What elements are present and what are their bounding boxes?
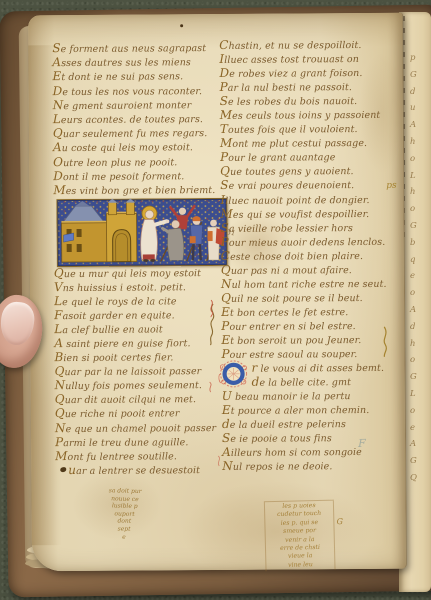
note-line: e	[101, 533, 147, 542]
miniature-scene	[56, 198, 227, 267]
text-line: Ne que un chamel pouoit passer	[55, 420, 216, 435]
text-line: Nul repos ie ne deoie.	[222, 458, 388, 473]
text-column-right: Chastin, et nu se despoilloit.Illuec ass…	[219, 37, 388, 474]
text-line: uar a lentrer se desuestoit	[55, 462, 216, 477]
edge-letter: h	[410, 184, 428, 201]
edge-letter: G	[410, 218, 428, 235]
edge-letter: G	[410, 453, 428, 470]
text-column-left-upper: Se forment aus neus sagrapastAsses dautr…	[52, 40, 215, 197]
text-line: Mes qui se voufist despoillier.	[220, 205, 386, 220]
text-line: Le quel le roys de la cite	[54, 293, 215, 308]
text-line: Parmi le treu dune aguille.	[55, 434, 216, 449]
text-line: de la dueil estre pelerins	[222, 416, 388, 431]
text-line: Fasoit garder en equite.	[54, 307, 215, 322]
red-filigree-curl	[206, 378, 215, 397]
red-filigree-curl	[214, 452, 223, 471]
manuscript-page: Se forment aus neus sagrapastAsses dautr…	[28, 13, 407, 572]
text-line: Se vrai poures deuenoient.	[220, 177, 386, 192]
edge-letter: q	[410, 252, 428, 269]
text-line: Quar seulement fu mes regars.	[53, 125, 215, 140]
edge-letter: L	[410, 168, 428, 185]
margin-mark-ps: ps	[386, 181, 396, 191]
text-line: Illuec nauoit point de dongier.	[220, 191, 386, 206]
scribal-note-boxed: les p uoiescudetur touchies p. qui sesme…	[264, 500, 336, 572]
manuscript-photo: pGduAhoLhoGbqeoAdhoGLoeAGQ Se forment au…	[0, 0, 431, 600]
text-line: Sa vieille robe lessier hors	[221, 219, 387, 234]
edge-letter: o	[410, 201, 428, 218]
text-line: A saint piere en guise fiort.	[54, 335, 215, 350]
edge-letter: o	[410, 352, 428, 369]
text-line: Bien si pooit certes fier.	[54, 349, 215, 364]
text-line: Nul hom tant riche estre ne seut.	[221, 276, 387, 291]
text-line: Nulluy fois pomes seulement.	[55, 377, 216, 392]
text-line: Asses dautres sus les miens	[52, 54, 214, 69]
edge-letter: e	[410, 420, 428, 437]
edge-letter: L	[410, 386, 428, 403]
text-line: Et bon seroit un pou Jeuner.	[221, 332, 387, 347]
text-line: Se les robes du bois nauoit.	[220, 93, 386, 108]
text-line: Et dont ie ne sui pas sens.	[52, 68, 214, 83]
edge-letter: d	[410, 319, 428, 336]
margin-mark-faint-letter: F	[358, 437, 366, 450]
text-line: Ceste chose doit bien plaire.	[221, 248, 387, 263]
text-line: Par la nul besti ne passoit.	[220, 79, 386, 94]
edge-letter: u	[410, 100, 428, 117]
edge-letter: o	[410, 403, 428, 420]
text-line: Que riche ni pooit entrer	[55, 405, 216, 420]
text-line: De robes viez a grant foison.	[219, 65, 385, 80]
edge-letter: A	[410, 436, 428, 453]
text-line: Illuec asses tost trouuast on	[219, 51, 385, 66]
text-line: U beau manoir ie la pertu	[222, 388, 388, 403]
text-line: Pour entrer en si bel estre.	[221, 318, 387, 333]
edge-letter: d	[410, 84, 428, 101]
edge-letter: p	[410, 50, 428, 67]
note-line: vine leu	[268, 560, 332, 570]
edge-letter: A	[410, 117, 428, 134]
text-line: Leurs acontes. de toutes pars.	[53, 111, 215, 126]
text-line: La clef bullie en auoit	[54, 321, 215, 336]
text-line: Quar par la ne laissoit passer	[55, 363, 216, 378]
edge-letter: G	[410, 67, 428, 84]
edge-letter: G	[410, 369, 428, 386]
text-line: Se forment aus neus sagrapast	[52, 40, 214, 55]
thumbnail	[0, 300, 36, 346]
decorated-initial-o	[218, 359, 248, 389]
ink-speck	[180, 24, 183, 27]
note-side-mark: G	[337, 517, 343, 526]
margin-mark-beside-miniature: 31	[226, 228, 236, 237]
text-line: Quar dit auoit cilqui ne met.	[55, 391, 216, 406]
edge-letter: A	[410, 302, 428, 319]
text-line: Pour mieus auoir dedens lenclos.	[221, 233, 387, 248]
text-line: Mes vint bon gre et bien briemt.	[53, 182, 215, 197]
text-column-left-lower: Que u mur qui leis moy estoitVns huissiu…	[54, 265, 217, 477]
text-line: Quar pas ni a mout afaire.	[221, 262, 387, 277]
next-leaf-letter-column: pGduAhoLhoGbqeoAdhoGLoeAGQ	[410, 50, 428, 487]
text-line: Au coste qui leis moy estoit.	[53, 139, 215, 154]
text-line: Que toutes gens y auoient.	[220, 163, 386, 178]
edge-letter: h	[410, 336, 428, 353]
text-line: Toutes fois que il vouloient.	[220, 121, 386, 136]
text-line: Que u mur qui leis moy estoit	[54, 265, 215, 280]
edge-letter: o	[410, 285, 428, 302]
text-line: De tous les nos vous raconter.	[53, 83, 215, 98]
edge-letter: b	[410, 235, 428, 252]
text-line: Mont fu lentree soutille.	[55, 448, 216, 463]
text-line: Chastin, et nu se despoilloit.	[219, 37, 385, 52]
edge-letter: o	[410, 151, 428, 168]
text-line: Et pource a aler mon chemin.	[222, 402, 388, 417]
edge-letter: h	[410, 134, 428, 151]
text-line: Quil ne soit poure se il beut.	[221, 290, 387, 305]
note-line: sa doit pur	[102, 487, 148, 496]
text-line: Pour le grant auantage	[220, 149, 386, 164]
text-line: Dont il me pesoit forment.	[53, 168, 215, 183]
text-line: Vns huissius i estoit. petit.	[54, 279, 215, 294]
gold-margin-flourish	[377, 325, 391, 363]
text-line: Et bon certes le fet estre.	[221, 304, 387, 319]
edge-letter: e	[410, 268, 428, 285]
red-filigree-curl	[206, 298, 216, 322]
scribal-note-triangle: sa doit purnouue celusible pouportdontse…	[101, 487, 148, 541]
edge-letter: Q	[410, 470, 428, 487]
pilgrim-scrip	[190, 236, 196, 243]
text-line: Outre leon plus ne pooit.	[53, 154, 215, 169]
text-line: Mes ceuls tous ioins y passoient	[220, 107, 386, 122]
miniature-illustration	[56, 198, 227, 267]
text-line: Ne gment sauroient monter	[53, 97, 215, 112]
text-line: Mont me plut cestui passage.	[220, 135, 386, 150]
